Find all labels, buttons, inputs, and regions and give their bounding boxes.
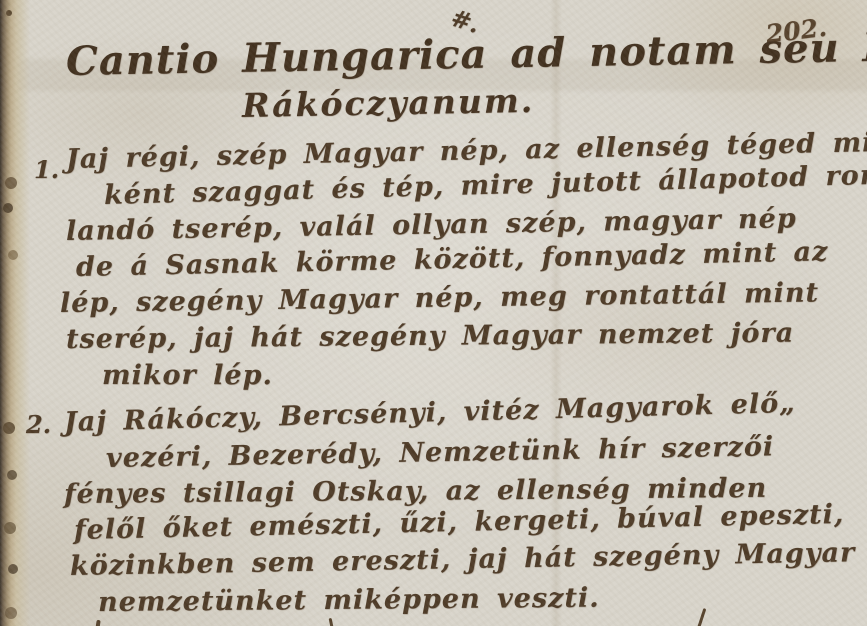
verse-1: Jaj régi, szép Magyar nép, az ellenség t… (58, 142, 867, 394)
book-binding-edge (0, 0, 30, 626)
verse-2-number: 2. (26, 410, 51, 439)
verse-1-number: 1. (34, 155, 59, 184)
manuscript-page: 202. #. Cantio Hungarica ad notam seu Ma… (0, 0, 867, 626)
cutoff-pen-stroke (95, 620, 100, 626)
verse-1-line-6: tserép, jaj hát szegény Magyar nemzet jó… (66, 315, 867, 358)
verse-2: Jaj Rákóczy, Bercsényi, vitéz Magyarok e… (50, 405, 855, 621)
manuscript-title-line-2: Rákóczyanum. (242, 81, 535, 125)
manuscript-title-line-1: Cantio Hungarica ad notam seu Marsch (66, 21, 867, 85)
verse-2-line-6: nemzetünket miképpen veszti. (98, 578, 856, 621)
paper-edge-spots (6, 10, 12, 16)
